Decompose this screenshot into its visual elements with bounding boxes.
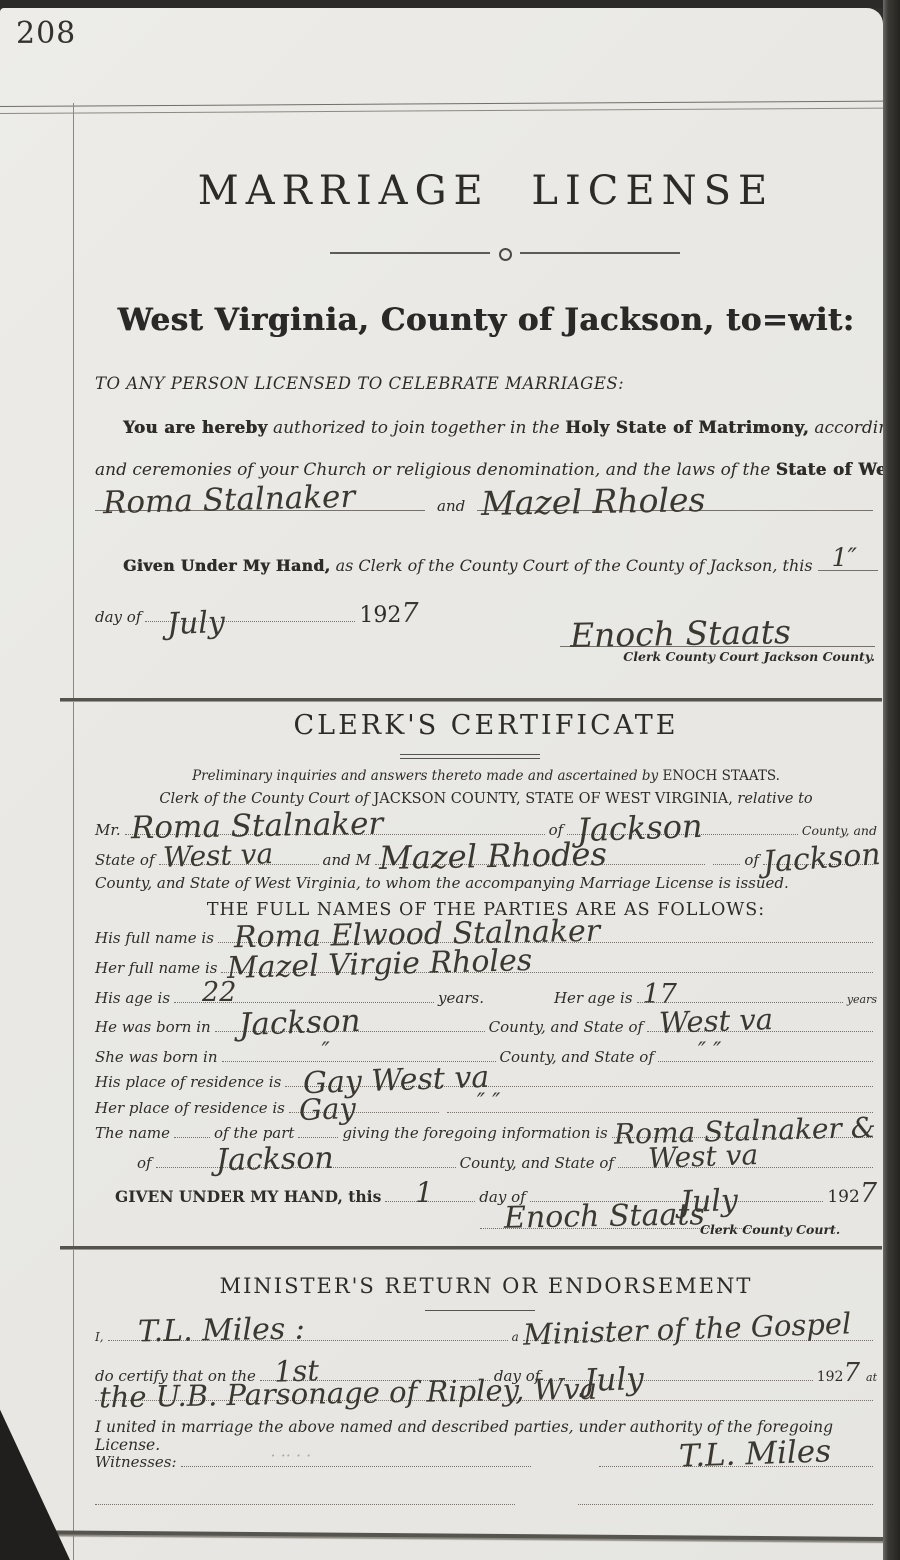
clerk-line-caps: JACKSON COUNTY, STATE OF WEST VIRGINIA, bbox=[373, 791, 732, 807]
informant-state-line: West va bbox=[618, 1153, 873, 1168]
page-number: 208 bbox=[16, 16, 76, 51]
informant-of-label: of bbox=[137, 1154, 152, 1172]
years-label-2: years bbox=[847, 993, 877, 1006]
state-line: West va bbox=[159, 850, 319, 865]
her-full-name-line: Mazel Virgie Rholes bbox=[221, 958, 873, 973]
witness-line-1: · ·· · · bbox=[181, 1452, 531, 1467]
day-number-handwriting: 1″ bbox=[832, 545, 857, 570]
clerks-certificate-underline bbox=[400, 754, 540, 759]
license-body-line2: and ceremonies of your Church or religio… bbox=[95, 460, 881, 480]
her-residence-ditto-handwriting: ″ ″ bbox=[477, 1092, 500, 1114]
body-seg4: according to the rites bbox=[814, 418, 883, 438]
given-under-hand-line: Given Under My Hand, as Clerk of the Cou… bbox=[95, 556, 881, 575]
informant-county-state-label: County, and State of bbox=[460, 1154, 614, 1172]
month-handwriting: July bbox=[167, 608, 226, 640]
mr-name-line: Roma Stalnaker bbox=[125, 820, 545, 835]
body-seg6: State of West Virginia, bbox=[776, 460, 883, 479]
body-seg2: authorized to join together in the bbox=[273, 418, 565, 438]
signature-line-2 bbox=[578, 1490, 873, 1505]
his-age-handwriting: 22 bbox=[202, 979, 236, 1006]
place-handwriting: the U.B. Parsonage of Ripley, Wva bbox=[99, 1375, 597, 1413]
informant-seg2: of the part bbox=[214, 1124, 294, 1142]
left-margin-rule bbox=[73, 103, 74, 1560]
informant-state-handwriting: West va bbox=[647, 1141, 758, 1173]
her-residence-label: Her place of residence is bbox=[95, 1099, 285, 1117]
his-full-name-line: Roma Elwood Stalnaker bbox=[218, 928, 873, 943]
license-title: MARRIAGE LICENSE bbox=[95, 168, 877, 214]
he-born-label: He was born in bbox=[95, 1018, 211, 1036]
clerk-line-pre: Clerk of the County Court of bbox=[159, 791, 373, 807]
at-label: at bbox=[866, 1371, 877, 1384]
his-residence-line: Gay West va bbox=[285, 1072, 873, 1087]
preliminary-italic: Preliminary inquiries and answers theret… bbox=[192, 768, 662, 784]
witnesses-row: Witnesses: · ·· · · T.L. Miles bbox=[95, 1452, 877, 1478]
bride-county-line: Jackson bbox=[763, 850, 873, 865]
bride-gap-line bbox=[713, 850, 741, 865]
year-digit-handwriting: 7 bbox=[401, 600, 418, 627]
her-full-name-label: Her full name is bbox=[95, 959, 217, 977]
informant-row: The name of the part giving the foregoin… bbox=[95, 1123, 877, 1149]
county-state-label: County, and State of bbox=[489, 1018, 643, 1036]
whom-line: County, and State of West Virginia, to w… bbox=[95, 874, 881, 892]
informant-gap1 bbox=[174, 1123, 210, 1138]
informant-county-line: Jackson bbox=[156, 1153, 456, 1168]
section-divider-2 bbox=[60, 1246, 882, 1249]
cc-given-year-printed: 192 bbox=[827, 1187, 859, 1207]
cc-given-day-line: 1 bbox=[385, 1187, 475, 1202]
clerks-certificate-title: CLERK'S CERTIFICATE bbox=[95, 710, 877, 741]
his-age-line: 22 bbox=[174, 988, 434, 1003]
year-printed: 192 bbox=[359, 603, 401, 628]
cert-year-printed: 192 bbox=[817, 1369, 844, 1385]
i-label: I, bbox=[95, 1330, 104, 1344]
top-dark-strip bbox=[0, 0, 900, 8]
title-divider bbox=[330, 248, 680, 258]
county-heading: West Virginia, County of Jackson, to=wit… bbox=[95, 302, 877, 338]
cc-given-label: GIVEN UNDER MY HAND, this bbox=[115, 1187, 381, 1206]
he-born-county-handwriting: Jackson bbox=[238, 1006, 361, 1041]
witness-faint-marks: · ·· · · bbox=[271, 1448, 312, 1464]
she-born-label: She was born in bbox=[95, 1048, 218, 1066]
body-seg1: You are hereby bbox=[123, 418, 268, 437]
preliminary-line: Preliminary inquiries and answers theret… bbox=[95, 768, 877, 784]
license-body-line1: You are hereby authorized to join togeth… bbox=[95, 418, 881, 438]
day-of-label: day of bbox=[95, 608, 141, 626]
place-line: the U.B. Parsonage of Ripley, Wva bbox=[95, 1386, 873, 1401]
bride-handwriting: Mazel Rhodes bbox=[379, 838, 607, 874]
her-full-name-handwriting: Mazel Virgie Rholes bbox=[227, 946, 533, 984]
minister-name-row: I, T.L. Miles : a Minister of the Gospel bbox=[95, 1326, 877, 1354]
she-born-county-handwriting: ″ bbox=[322, 1041, 330, 1063]
he-born-state-handwriting: West va bbox=[659, 1005, 774, 1038]
salutation: TO ANY PERSON LICENSED TO CELEBRATE MARR… bbox=[95, 374, 624, 393]
minister-signature-line: T.L. Miles bbox=[599, 1452, 873, 1467]
body-seg3: Holy State of Matrimony, bbox=[565, 418, 809, 437]
body-seg5: and ceremonies of your Church or religio… bbox=[95, 460, 776, 480]
his-age-label: His age is bbox=[95, 989, 170, 1007]
given-rest: as Clerk of the County Court of the Coun… bbox=[336, 556, 813, 575]
he-born-state-line: West va bbox=[647, 1017, 873, 1032]
minister-name-handwriting: T.L. Miles : bbox=[137, 1315, 304, 1348]
informant-of-row: of Jackson County, and State of West va bbox=[95, 1153, 877, 1179]
informant-gap2 bbox=[298, 1123, 338, 1138]
mr-label: Mr. bbox=[95, 821, 121, 839]
and-label: and bbox=[437, 497, 465, 515]
preliminary-caps: ENOCH STAATS. bbox=[662, 768, 779, 784]
cert-year-digit: 7 bbox=[843, 1360, 860, 1386]
he-born-row: He was born in Jackson County, and State… bbox=[95, 1017, 877, 1045]
divider-bar-left bbox=[330, 252, 490, 254]
minister-signature-handwriting: T.L. Miles bbox=[678, 1437, 831, 1473]
his-full-name-label: His full name is bbox=[95, 929, 214, 947]
divider-bar-right bbox=[520, 252, 680, 254]
minister-name-line: T.L. Miles : bbox=[108, 1326, 508, 1341]
county-and-label: County, and bbox=[802, 823, 877, 838]
informant-seg3: giving the foregoing information is bbox=[342, 1124, 607, 1142]
her-age-label: Her age is bbox=[554, 989, 633, 1007]
informant-value-line: Roma Stalnaker & L.E. Rhodes bbox=[612, 1123, 873, 1138]
minister-title-line: Minister of the Gospel bbox=[523, 1326, 873, 1341]
cc-given-year-digit: 7 bbox=[860, 1180, 877, 1207]
section-divider-1 bbox=[60, 698, 882, 701]
informant-seg1: The name bbox=[95, 1124, 170, 1142]
her-residence-handwriting: Gay bbox=[298, 1094, 356, 1125]
divider-circle-ornament bbox=[499, 248, 512, 261]
ministers-return-underline bbox=[425, 1310, 535, 1311]
top-double-rule bbox=[0, 101, 883, 114]
month-line: July bbox=[145, 607, 355, 622]
place-row: the U.B. Parsonage of Ripley, Wva bbox=[95, 1386, 877, 1412]
given-bl: Given Under My Hand, bbox=[123, 556, 330, 575]
he-born-county-line: Jackson bbox=[215, 1017, 485, 1032]
clerk-signature-handwriting: Enoch Staats bbox=[570, 615, 791, 652]
his-residence-label: His place of residence is bbox=[95, 1073, 281, 1091]
county-state-label-2: County, and State of bbox=[500, 1048, 654, 1066]
bride-county-handwriting: Jackson bbox=[762, 840, 881, 878]
bride-line: Mazel Rhodes bbox=[375, 850, 705, 865]
bride-name-line: Mazel Rholes bbox=[477, 496, 873, 511]
a-label: a bbox=[512, 1330, 519, 1344]
state-handwriting: West va bbox=[162, 840, 273, 872]
ministers-return-title: MINISTER'S RETURN OR ENDORSEMENT bbox=[95, 1274, 877, 1298]
clerk-signature-block: Enoch Staats Clerk County Court Jackson … bbox=[560, 604, 875, 664]
she-born-state-handwriting: ″ ″ bbox=[698, 1041, 721, 1063]
groom-name-line: Roma Stalnaker bbox=[95, 496, 425, 511]
page-bottom-edge bbox=[0, 1530, 883, 1541]
years-label: years. bbox=[438, 989, 484, 1007]
her-age-line: 17 bbox=[637, 988, 843, 1003]
her-residence-line: Gay bbox=[289, 1098, 439, 1113]
groom-name-handwriting: Roma Stalnaker bbox=[103, 482, 356, 520]
witnesses-label: Witnesses: bbox=[95, 1453, 177, 1471]
binding-shadow bbox=[883, 0, 900, 1560]
cc-given-day-handwriting: 1 bbox=[415, 1179, 433, 1207]
marriage-license-page: 208 MARRIAGE LICENSE West Virginia, Coun… bbox=[0, 8, 883, 1560]
informant-county-handwriting: Jackson bbox=[215, 1144, 333, 1176]
bride-of-label: of bbox=[744, 851, 759, 869]
minister-title-handwriting: Minister of the Gospel bbox=[522, 1310, 851, 1350]
witnesses-row-2 bbox=[95, 1490, 877, 1516]
clerk-line-post: relative to bbox=[733, 791, 813, 807]
state-of-label: State of bbox=[95, 851, 155, 869]
cc-signature-caption: Clerk County Court. bbox=[700, 1222, 840, 1237]
witness-line-2 bbox=[95, 1490, 515, 1505]
cc-signature-handwriting: Enoch Staats bbox=[504, 1200, 705, 1233]
mr-county-line: Jackson bbox=[567, 820, 798, 835]
she-born-state-line: ″ ″ bbox=[658, 1047, 873, 1062]
her-age-handwriting: 17 bbox=[643, 981, 677, 1008]
parties-names-row: Roma Stalnaker and Mazel Rholes bbox=[95, 496, 877, 528]
and-m-label: and M bbox=[323, 851, 371, 869]
her-residence-ditto-line: ″ ″ bbox=[447, 1098, 873, 1113]
clerk-of-court-line: Clerk of the County Court of JACKSON COU… bbox=[95, 791, 877, 807]
bride-name-handwriting: Mazel Rholes bbox=[481, 483, 706, 520]
